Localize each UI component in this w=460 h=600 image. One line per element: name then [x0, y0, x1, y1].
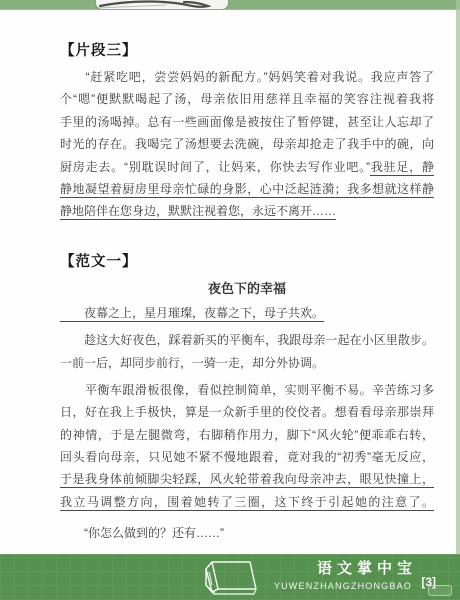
- text-segment: 日，好在我上手极快，算是一众新手里的佼佼者。想看看母亲那崇拜: [60, 405, 434, 419]
- section-model-essay-1: 【范文一】 夜色下的幸福 夜幕之上，星月璀璨，夜幕之下，母子共欢。 趁这大好夜色…: [60, 253, 436, 545]
- text-line: 趁这大好夜色，踩着新买的平衡车，我跟母亲一起在小区里散步。: [60, 329, 434, 351]
- text-segment: 厨房走去。“别耽误时间了，让妈来，你快去写作业吧。”: [60, 160, 370, 174]
- top-banner: [0, 0, 460, 10]
- text-line: “你怎么做到的？还有……”: [60, 522, 434, 544]
- text-segment: 静地凝望着厨房里母亲忙碌的身影，心中泛起涟漪；我多想就这样静: [60, 182, 434, 196]
- paragraph: 趁这大好夜色，踩着新买的平衡车，我跟母亲一起在小区里散步。一前一后，却同步前行，…: [60, 329, 436, 374]
- document-content: 【片段三】 “赶紧吃吧，尝尝妈妈的新配方。”妈妈笑着对我说。我应声答了个“嗯”便…: [60, 10, 436, 545]
- text-line: 时光的存在。我喝完了汤想要去洗碗，母亲却抢走了我手中的碗，向: [60, 133, 434, 155]
- pen-swoosh-image: [96, 0, 228, 9]
- section-body: “赶紧吃吧，尝尝妈妈的新配方。”妈妈笑着对我说。我应声答了个“嗯”便默默喝起了汤…: [60, 66, 436, 223]
- text-line: 日，好在我上手极快，算是一众新手里的佼佼者。想看看母亲那崇拜: [60, 401, 434, 423]
- text-line: 我立马调整方向，围着她转了三圈，这下终于引起她的注意了。: [60, 491, 434, 513]
- pen-swoosh-icon: [96, 0, 228, 9]
- text-segment: 回头看向母亲，只见她不紧不慢地跟着，竟对我的“初秀”毫无反应，: [60, 450, 434, 464]
- text-segment: “赶紧吃吧，尝尝妈妈的新配方。”妈妈笑着对我说。我应声答了: [60, 70, 434, 84]
- text-segment: 静地陪伴在您身边，默默注视着您，永远不离开……: [60, 204, 336, 218]
- brand-block: 语文掌中宝 YUWENZHANGZHONGBAO: [274, 560, 412, 592]
- book-icon: [198, 559, 262, 600]
- footer-banner: 语文掌中宝 YUWENZHANGZHONGBAO [3]: [0, 554, 460, 600]
- page-edge-strip: [456, 0, 460, 600]
- text-segment: 趁这大好夜色，踩着新买的平衡车，我跟母亲一起在小区里散步。: [60, 333, 434, 347]
- brand-romanization: YUWENZHANGZHONGBAO: [274, 580, 412, 592]
- paragraph: 夜幕之上，星月璀璨，夜幕之下，母子共欢。: [60, 302, 436, 324]
- section-fragment-3: 【片段三】 “赶紧吃吧，尝尝妈妈的新配方。”妈妈笑着对我说。我应声答了个“嗯”便…: [60, 42, 436, 223]
- text-line: “赶紧吃吧，尝尝妈妈的新配方。”妈妈笑着对我说。我应声答了: [60, 66, 434, 88]
- text-segment: 手里的汤喝掉。总有一些画面像是被按住了暂停键，甚至让人忘却了: [60, 115, 434, 129]
- text-line: 手里的汤喝掉。总有一些画面像是被按住了暂停键，甚至让人忘却了: [60, 111, 434, 133]
- text-line: 平衡车跟滑板很像，看似控制简单，实则平衡不易。辛苦练习多: [60, 379, 434, 401]
- paragraph: “你怎么做到的？还有……”: [60, 522, 436, 544]
- text-segment: 夜幕之上，星月璀璨，夜幕之下，母子共欢。: [60, 306, 324, 320]
- text-segment: 平衡车跟滑板很像，看似控制简单，实则平衡不易。辛苦练习多: [60, 383, 434, 397]
- text-line: 个“嗯”便默默喝起了汤，母亲依旧用慈祥且幸福的笑容注视着我将: [60, 88, 434, 110]
- paragraph: 平衡车跟滑板很像，看似控制简单，实则平衡不易。辛苦练习多日，好在我上手极快，算是…: [60, 379, 436, 513]
- text-segment: “你怎么做到的？还有……”: [60, 526, 224, 540]
- brand-title: 语文掌中宝: [317, 560, 417, 578]
- text-line: 于是我身体前倾脚尖轻踩，风火轮带着我向母亲冲去，眼见快撞上，: [60, 468, 434, 490]
- text-segment: 我驻足，静: [370, 160, 434, 174]
- text-segment: 我立马调整方向，围着她转了三圈，这下终于引起她的注意了。: [60, 495, 434, 509]
- text-segment: 个“嗯”便默默喝起了汤，母亲依旧用慈祥且幸福的笑容注视着我将: [60, 92, 434, 106]
- section-body: 夜色下的幸福 夜幕之上，星月璀璨，夜幕之下，母子共欢。 趁这大好夜色，踩着新买的…: [60, 277, 436, 545]
- text-line: 静地凝望着厨房里母亲忙碌的身影，心中泛起涟漪；我多想就这样静: [60, 178, 434, 200]
- text-line: 静地陪伴在您身边，默默注视着您，永远不离开……: [60, 200, 434, 222]
- text-segment: 的神情，于是左腿微弯，右脚稍作用力，脚下“风火轮”便乖乖右转，: [60, 428, 434, 442]
- watermark-box: [428, 585, 452, 596]
- text-segment: 一前一后，却同步前行，一骑一走，却分外协调。: [60, 356, 324, 370]
- paragraph: “赶紧吃吧，尝尝妈妈的新配方。”妈妈笑着对我说。我应声答了个“嗯”便默默喝起了汤…: [60, 66, 436, 223]
- text-line: 回头看向母亲，只见她不紧不慢地跟着，竟对我的“初秀”毫无反应，: [60, 446, 434, 468]
- text-line: 厨房走去。“别耽误时间了，让妈来，你快去写作业吧。”我驻足，静: [60, 156, 434, 178]
- text-line: 夜幕之上，星月璀璨，夜幕之下，母子共欢。: [60, 302, 434, 324]
- essay-title: 夜色下的幸福: [60, 277, 434, 300]
- text-segment: 时光的存在。我喝完了汤想要去洗碗，母亲却抢走了我手中的碗，向: [60, 137, 434, 151]
- text-line: 的神情，于是左腿微弯，右脚稍作用力，脚下“风火轮”便乖乖右转，: [60, 424, 434, 446]
- section-heading: 【范文一】: [60, 253, 436, 271]
- section-heading: 【片段三】: [60, 42, 436, 60]
- text-line: 一前一后，却同步前行，一骑一走，却分外协调。: [60, 352, 434, 374]
- text-segment: 于是我身体前倾脚尖轻踩，风火轮带着我向母亲冲去，眼见快撞上，: [60, 472, 434, 486]
- scanned-page: 【片段三】 “赶紧吃吧，尝尝妈妈的新配方。”妈妈笑着对我说。我应声答了个“嗯”便…: [0, 0, 460, 600]
